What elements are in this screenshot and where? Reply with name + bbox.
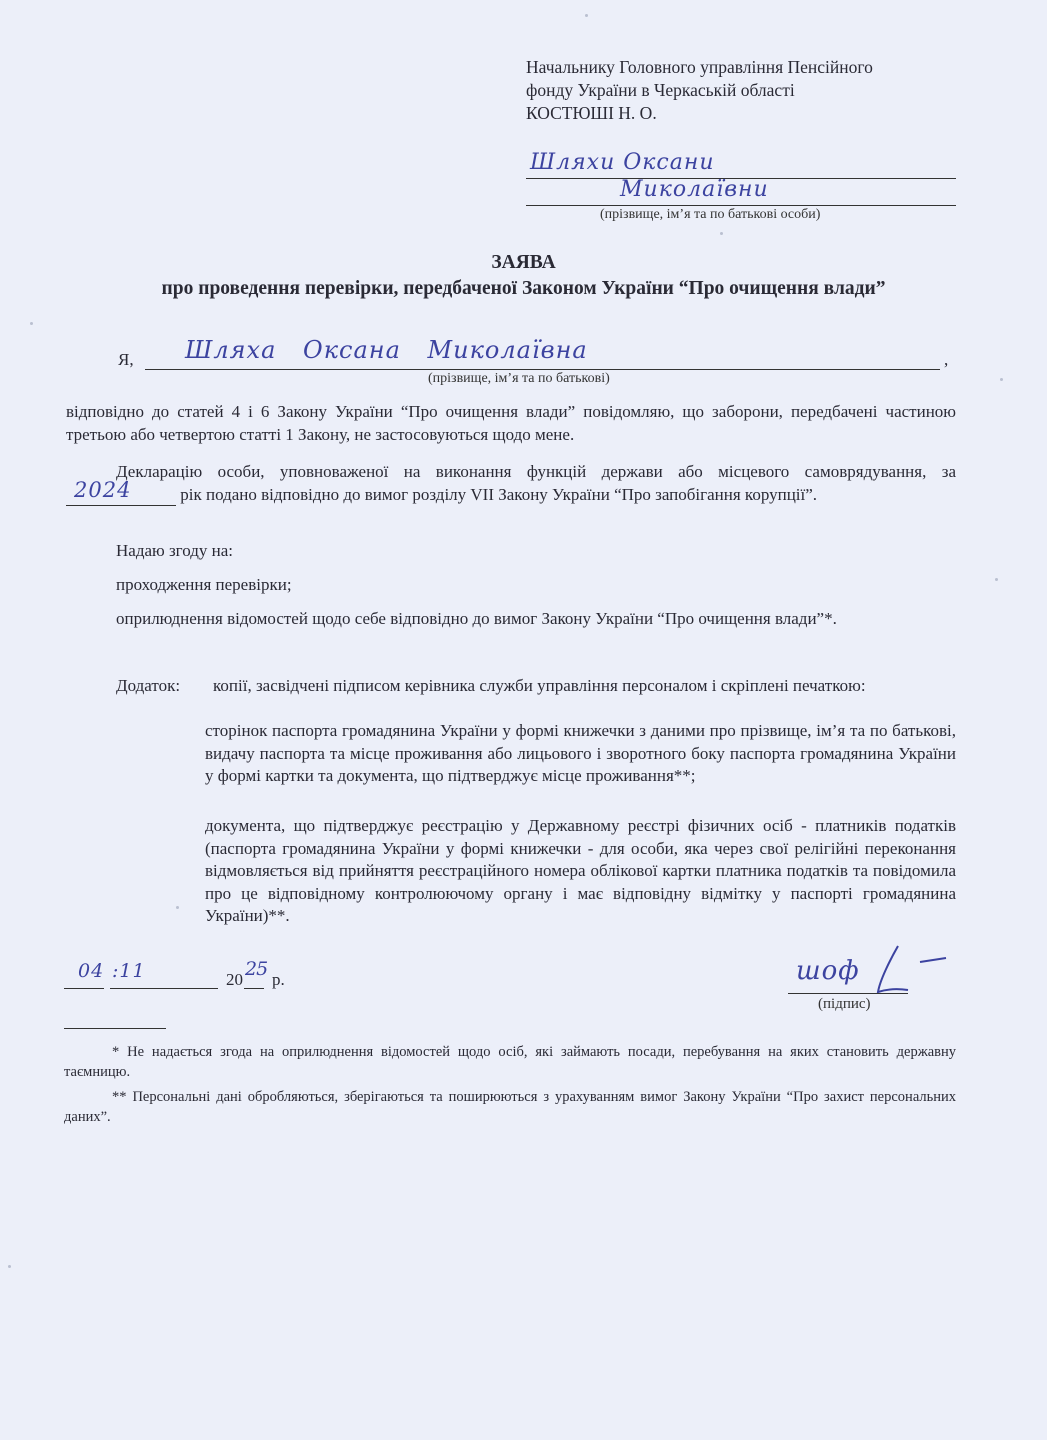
scan-speck — [30, 322, 33, 325]
month-line — [110, 988, 218, 989]
signature-caption: (підпис) — [818, 996, 871, 1013]
scan-speck — [995, 578, 998, 581]
applicant-line-2 — [526, 205, 956, 206]
declaration-text-before: Декларацію особи, уповноваженої на викон… — [116, 462, 956, 481]
signature-flourish-icon — [850, 940, 950, 1000]
attachment-item: сторінок паспорта громадянина України у … — [205, 720, 956, 788]
addressee-line: Начальнику Головного управління Пенсійно… — [526, 56, 873, 79]
applicant-caption: (прізвище, ім’я та по батькові особи) — [600, 207, 820, 223]
scanned-document-page: Начальнику Головного управління Пенсійно… — [0, 0, 1047, 1440]
scan-speck — [720, 232, 723, 235]
declarant-caption: (прізвище, ім’я та по батькові) — [428, 371, 610, 387]
declaration-year-field: 2024 — [66, 485, 176, 506]
scan-speck — [176, 906, 179, 909]
consent-item: проходження перевірки; — [116, 574, 292, 597]
handwritten-declarant-name: Шляха Оксана Миколаївна — [185, 336, 588, 364]
signature-line — [788, 993, 908, 994]
consent-item: оприлюднення відомостей щодо себе відпов… — [66, 608, 956, 631]
addressee-line: КОСТЮШІ Н. О. — [526, 102, 873, 125]
footnote-separator — [64, 1028, 166, 1029]
year-prefix: 20 — [226, 970, 243, 990]
footnote-1: * Не надається згода на оприлюднення від… — [64, 1042, 956, 1082]
attachment-item: документа, що підтверджує реєстрацію у Д… — [205, 815, 956, 928]
handwritten-year-suffix: 25 — [245, 958, 267, 980]
scan-speck — [1000, 378, 1003, 381]
document-subtitle: про проведення перевірки, передбаченої З… — [0, 278, 1047, 300]
handwritten-applicant-patronymic: Миколаївни — [620, 177, 769, 202]
addressee-line: фонду України в Черкаській області — [526, 79, 873, 102]
declarant-suffix: , — [944, 350, 948, 370]
declaration-paragraph: Декларацію особи, уповноваженої на викон… — [66, 461, 956, 506]
document-title: ЗАЯВА — [0, 252, 1047, 274]
year-unit: р. — [272, 970, 285, 990]
consent-heading: Надаю згоду на: — [116, 540, 233, 563]
scan-speck — [8, 1265, 11, 1268]
attachment-intro: копії, засвідчені підписом керівника слу… — [205, 675, 956, 698]
declaration-text-after: рік подано відповідно до вимог розділу V… — [180, 485, 817, 504]
footnote-2: ** Персональні дані обробляються, зберіг… — [64, 1087, 956, 1127]
declarant-line — [145, 369, 940, 370]
declarant-prefix: Я, — [118, 350, 134, 370]
handwritten-day: 04 — [78, 960, 104, 982]
handwritten-applicant-surname-name: Шляхи Оксани — [530, 150, 715, 175]
year-line — [244, 988, 264, 989]
attachment-label: Додаток: — [116, 675, 180, 698]
addressee-block: Начальнику Головного управління Пенсійно… — [526, 56, 873, 125]
handwritten-declaration-year: 2024 — [74, 479, 131, 502]
handwritten-month: :11 — [112, 960, 146, 982]
scan-speck — [585, 14, 588, 17]
statement-paragraph: відповідно до статей 4 і 6 Закону Україн… — [66, 401, 956, 446]
day-line — [64, 988, 104, 989]
